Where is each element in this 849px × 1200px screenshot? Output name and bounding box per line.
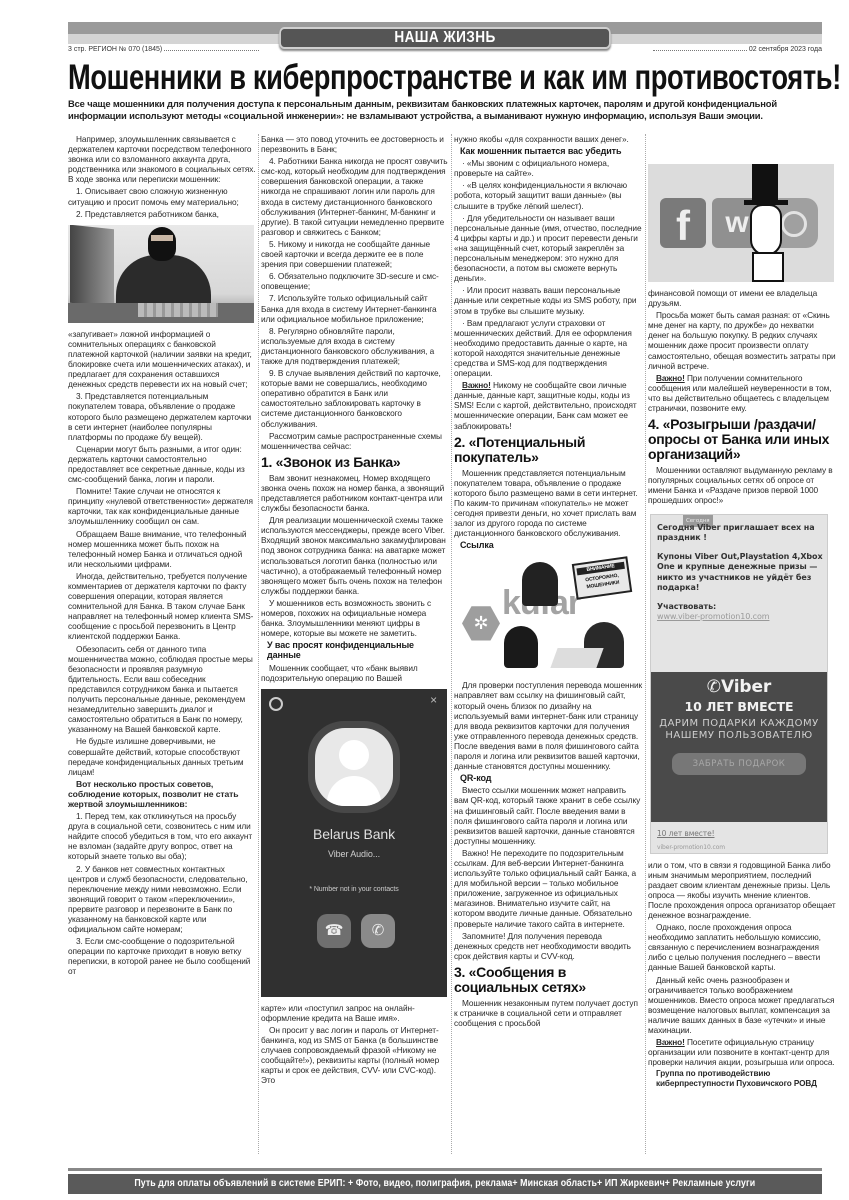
footer-text: Путь для оплаты объявлений в системе ЕРИ… xyxy=(135,1174,756,1194)
author-signature: Группа по противодействию киберпреступно… xyxy=(648,1069,836,1089)
footer-rule xyxy=(68,1168,822,1171)
ad-headline: 10 ЛЕТ ВМЕСТЕ xyxy=(651,702,827,712)
paragraph: Например, злоумышленник связывается с де… xyxy=(68,134,256,184)
laptop-graphic xyxy=(550,648,603,668)
ad-message: Сегодня Viber приглашает всех на праздни… xyxy=(657,523,825,623)
paragraph: Мошенник незаконным путем получает досту… xyxy=(454,998,642,1028)
important-label: Важно! xyxy=(656,373,685,383)
call-type: Viber Audio... xyxy=(261,849,447,859)
paragraph: 1. Описывает свою сложную жизненную ситу… xyxy=(68,186,256,206)
meta-row: 3 стр. РЕГИОН № 070 (1845) 02 сентября 2… xyxy=(68,46,822,53)
accept-call-icon: ✆ xyxy=(361,914,395,948)
paragraph: карте» или «поступил запрос на онлайн-оф… xyxy=(261,1003,449,1023)
viber-call-screenshot: × Belarus Bank Viber Audio... * Number n… xyxy=(261,689,447,997)
paragraph: нужно якобы «для сохранности ваших денег… xyxy=(454,134,642,144)
section-heading-3: 3. «Сообщения в социальных сетях» xyxy=(454,965,642,995)
tip-item: 7. Используйте только официальный сайт Б… xyxy=(261,293,449,323)
top-hat-icon xyxy=(752,164,778,202)
article-lead: Все чаще мошенники для получения доступа… xyxy=(68,98,822,122)
tip-item: 4. Работники Банка никогда не просят озв… xyxy=(261,156,449,237)
viber-logo-icon xyxy=(269,697,283,711)
column-3: нужно якобы «для сохранности ваших денег… xyxy=(454,134,642,1030)
tip-item: 8. Регулярно обновляйте пароли, использу… xyxy=(261,326,449,366)
section-heading-4: 4. «Розыгрыши /раздачи/опросы от Банка и… xyxy=(648,417,836,462)
phishing-link[interactable]: www.viber-promotion10.com xyxy=(657,612,825,623)
paragraph: или о том, что в связи я годовщиной Банк… xyxy=(648,860,836,921)
subheading: Как мошенник пытается вас убедить xyxy=(460,146,642,156)
tip-item: 3. Если смс-сообщение о подозрительной о… xyxy=(68,936,256,976)
important-label: Важно! xyxy=(462,380,491,390)
section-heading-1: 1. «Звонок из Банка» xyxy=(261,455,449,470)
paragraph: Обращаем Ваше внимание, что телефонный н… xyxy=(68,529,256,569)
paragraph: Он просит у вас логин и пароль от Интерн… xyxy=(261,1025,449,1086)
paragraph: Просьба может быть самая разная: от «Ски… xyxy=(648,310,836,371)
hacker-photo xyxy=(68,225,254,323)
tip-item: 5. Никому и никогда не сообщайте данные … xyxy=(261,239,449,269)
newspaper-page: НАША ЖИЗНЬ 3 стр. РЕГИОН № 070 (1845) 02… xyxy=(68,22,822,122)
paragraph: У мошенников есть возможность звонить с … xyxy=(261,598,449,638)
column-4: f w финансовой помощи от имени ее владел… xyxy=(648,134,836,1089)
article-columns: Например, злоумышленник связывается с де… xyxy=(68,134,840,1159)
important-note: Важно! Никому не сообщайте свои личные д… xyxy=(454,380,642,430)
hacker-figure xyxy=(522,562,558,606)
balaclava-head xyxy=(148,227,176,261)
user-silhouette-icon xyxy=(339,740,369,770)
paragraph: 2. Представляется работником банка, xyxy=(68,209,256,219)
page-header: НАША ЖИЗНЬ 3 стр. РЕГИОН № 070 (1845) 02… xyxy=(68,22,822,50)
close-icon: × xyxy=(430,695,437,705)
facebook-icon: f xyxy=(660,198,706,248)
column-divider xyxy=(258,134,259,1154)
paragraph: Для проверки поступления перевода мошенн… xyxy=(454,680,642,771)
paragraph: Рассмотрим самые распространенные схемы … xyxy=(261,431,449,451)
kufar-scam-illustration: ✲ kufar ВНИМАНИЕ ОСТОРОЖНО, МОШЕННИКИ xyxy=(454,556,644,674)
hacker-body xyxy=(116,255,211,310)
page-footer-banner: Путь для оплаты объявлений в системе ЕРИ… xyxy=(68,1174,822,1194)
decline-call-icon: ☎ xyxy=(317,914,351,948)
paragraph: Иногда, действительно, требуется получен… xyxy=(68,571,256,642)
paragraph: Важно! Не переходите по подозрительным с… xyxy=(454,848,642,929)
paragraph: Мошенники оставляют выдуманную рекламу в… xyxy=(648,465,836,505)
paragraph: Обезопасить себя от данного типа мошенни… xyxy=(68,644,256,735)
ad-banner: ✆Viber 10 ЛЕТ ВМЕСТЕ ДАРИМ ПОДАРКИ КАЖДО… xyxy=(651,672,827,822)
paragraph: Однако, после прохождения опроса необход… xyxy=(648,922,836,972)
column-2: Банка — это повод уточнить ее достоверно… xyxy=(261,134,449,1087)
paragraph: Запомните! Для получения перевода денежн… xyxy=(454,931,642,961)
paragraph: 3. Представляется потенциальным покупате… xyxy=(68,391,256,441)
column-1: Например, злоумышленник связывается с де… xyxy=(68,134,256,979)
column-divider xyxy=(451,134,452,1154)
ad-footer-domain: viber-promotion10.com xyxy=(657,843,725,853)
paragraph: финансовой помощи от имени ее владельца … xyxy=(648,288,836,308)
money-stacks xyxy=(138,303,218,317)
claim-gift-button[interactable]: ЗАБРАТЬ ПОДАРОК xyxy=(672,753,806,775)
paragraph: Данный кейс очень разнообразен и огранич… xyxy=(648,975,836,1036)
issue-date: 02 сентября 2023 года xyxy=(749,46,822,53)
subheading: У вас просят конфиденциальные данные xyxy=(267,640,449,660)
ad-gift-text: ДАРИМ ПОДАРКИ КАЖДОМУ НАШЕМУ ПОЛЬЗОВАТЕЛ… xyxy=(651,718,827,743)
column-divider xyxy=(645,134,646,1154)
paragraph: «запугивает» ложной информацией о сомнит… xyxy=(68,329,256,390)
subheading: QR-код xyxy=(460,773,642,783)
villain-cartoon xyxy=(750,204,782,256)
bullet-item: · «Мы звоним с официального номера, пров… xyxy=(454,158,642,178)
paragraph: Сценарии могут быть разными, а итог один… xyxy=(68,444,256,484)
phone-icon: ✆ xyxy=(707,677,721,697)
paragraph: Вместо ссылки мошенник может направить в… xyxy=(454,785,642,846)
ad-footer-title[interactable]: 10 лет вместе! xyxy=(657,829,715,839)
social-media-villain-image: f w xyxy=(648,164,834,282)
fake-viber-ad-screenshot: Сегодня Сегодня Viber приглашает всех на… xyxy=(650,514,828,854)
kufar-logo-icon: ✲ xyxy=(462,604,500,642)
important-note: Важно! При получении сомнительного сообщ… xyxy=(648,373,836,413)
paragraph: Помните! Такие случаи не относятся к при… xyxy=(68,486,256,526)
paragraph: Банка — это повод уточнить ее достоверно… xyxy=(261,134,449,154)
paragraph: Мошенник представляется потенциальным по… xyxy=(454,468,642,539)
warning-sign: ВНИМАНИЕ ОСТОРОЖНО, МОШЕННИКИ xyxy=(572,557,632,600)
dotted-leader xyxy=(653,46,747,51)
tip-item: 2. У банков нет совместных контактных це… xyxy=(68,864,256,935)
important-note: Важно! Посетите официальную страницу орг… xyxy=(648,1037,836,1067)
tip-item: 6. Обязательно подключите 3D-secure и см… xyxy=(261,271,449,291)
tips-heading: Вот несколько простых советов, соблюдени… xyxy=(68,779,256,809)
paragraph: Не будьте излишне доверчивыми, не соверш… xyxy=(68,736,256,776)
paragraph: Вам звонит незнакомец. Номер входящего з… xyxy=(261,473,449,513)
paragraph: Мошенник сообщает, что «банк выявил подо… xyxy=(261,663,449,683)
contact-notice: * Number not in your contacts xyxy=(261,885,447,895)
caller-name: Belarus Bank xyxy=(261,829,447,839)
page-info: 3 стр. РЕГИОН № 070 (1845) xyxy=(68,46,162,53)
bullet-item: · Для убедительности он называет ваши пе… xyxy=(454,213,642,284)
hacker-figure xyxy=(504,626,538,668)
bullet-item: · Вам предлагают услуги страховки от мош… xyxy=(454,318,642,379)
monitor-graphic xyxy=(70,225,114,307)
viber-brand: ✆Viber xyxy=(651,682,827,692)
avatar xyxy=(308,721,400,813)
subheading: Ссылка xyxy=(460,540,642,550)
bullet-item: · Или просит назвать ваши персональные д… xyxy=(454,285,642,315)
paragraph: Для реализации мошеннической схемы также… xyxy=(261,515,449,596)
tip-item: 1. Перед тем, как откликнуться на просьб… xyxy=(68,811,256,861)
section-heading-2: 2. «Потенциальный покупатель» xyxy=(454,435,642,465)
article-title: Мошенники в киберпространстве и как им п… xyxy=(68,60,825,96)
important-label: Важно! xyxy=(656,1037,685,1047)
bullet-item: · «В целях конфиденциальности я включаю … xyxy=(454,180,642,210)
dotted-leader xyxy=(164,46,258,51)
tip-item: 9. В случае выявления действий по карточ… xyxy=(261,368,449,429)
